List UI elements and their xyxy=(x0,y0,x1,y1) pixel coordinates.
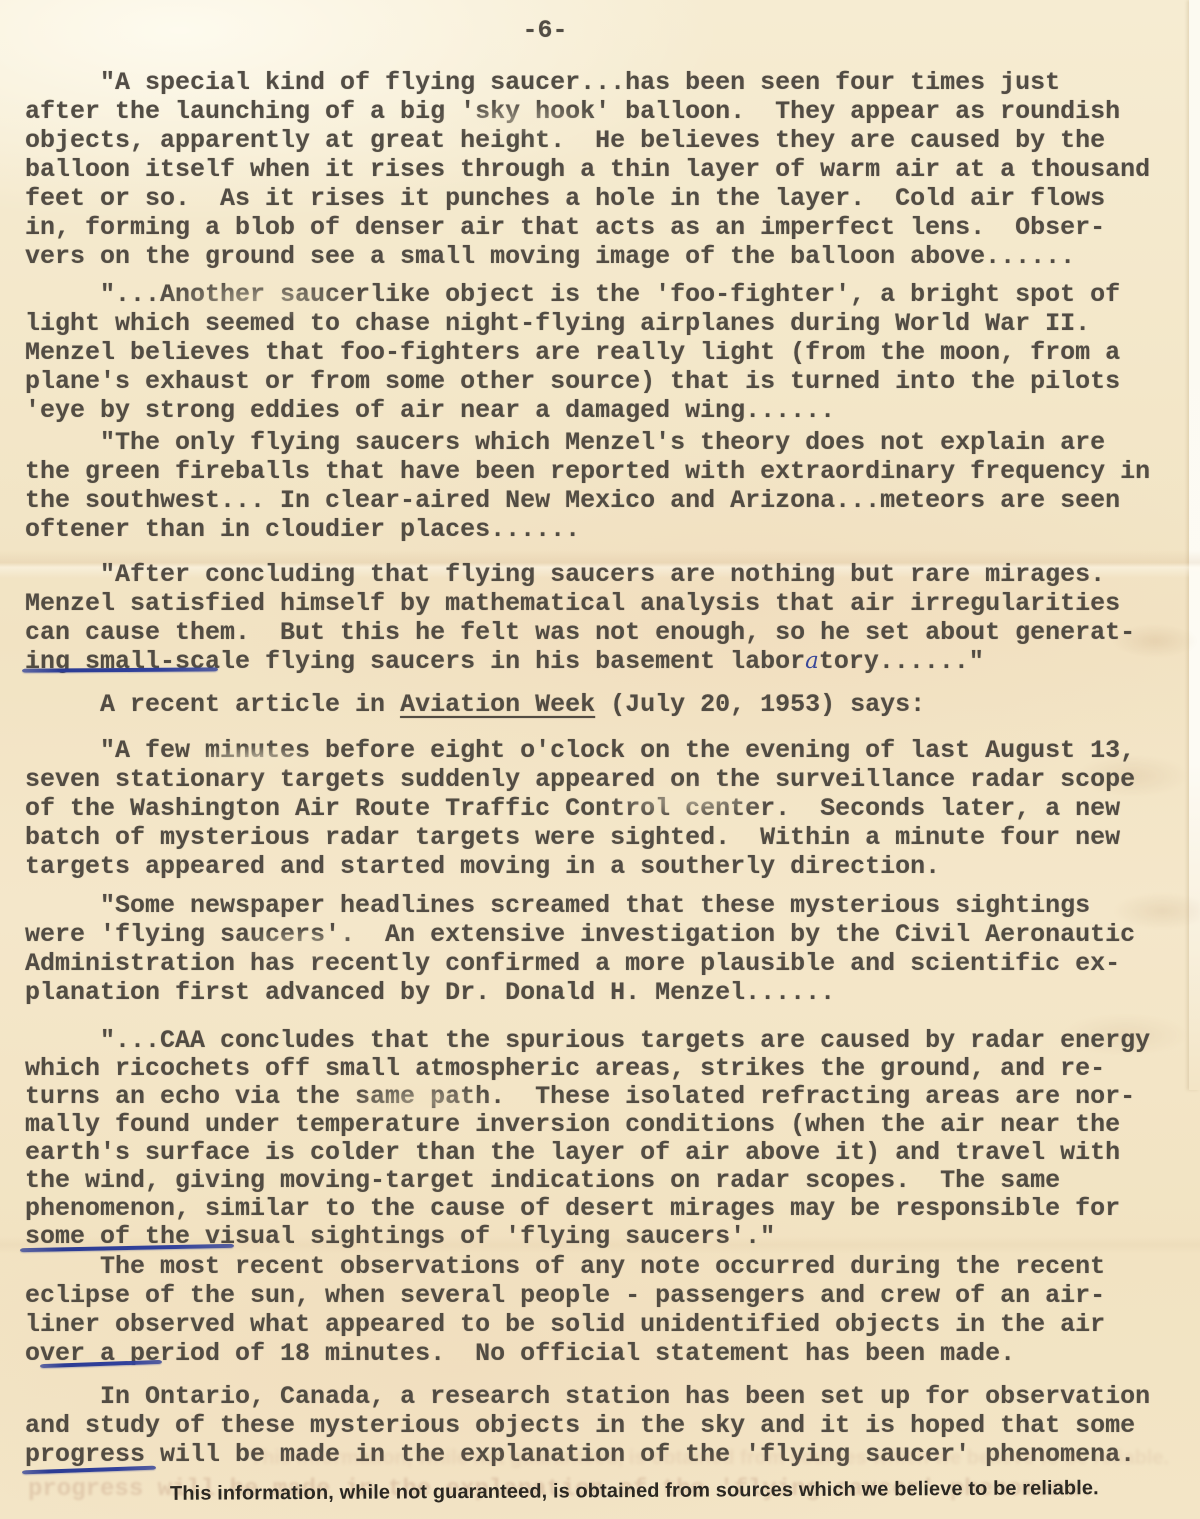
paragraph-mirages-tail-post: tory......" xyxy=(819,647,984,676)
paragraph-green-fireballs: "The only flying saucers which Menzel's … xyxy=(25,428,1180,544)
paragraph-foo-fighter: "...Another saucerlike object is the 'fo… xyxy=(25,280,1180,425)
document-page: -6- "A special kind of flying saucer...h… xyxy=(0,0,1200,1519)
handwritten-a-insertion: a xyxy=(805,648,819,674)
aviation-line-post: (July 20, 1953) says: xyxy=(595,690,925,719)
paragraph-eclipse-observations: The most recent observations of any note… xyxy=(25,1252,1180,1368)
paragraph-radar-targets: "A few minutes before eight o'clock on t… xyxy=(25,736,1180,881)
paragraph-caa-conclusion: "...CAA concludes that the spurious targ… xyxy=(25,1027,1180,1251)
ghost-offset-footer-text: This information, while not guaranteed, … xyxy=(250,1446,1169,1470)
paragraph-mirages-head: "After concluding that flying saucers ar… xyxy=(25,560,1135,647)
paragraph-sky-hook-balloon: "A special kind of flying saucer...has b… xyxy=(25,68,1180,271)
line-aviation-week-reference: A recent article in Aviation Week (July … xyxy=(25,690,1180,719)
page-number: -6- xyxy=(25,16,1065,45)
aviation-week-title: Aviation Week xyxy=(400,690,595,719)
paragraph-mirages-laboratory: "After concluding that flying saucers ar… xyxy=(25,560,1180,676)
aviation-line-pre: A recent article in xyxy=(25,690,400,719)
paragraph-caa-investigation: "Some newspaper headlines screamed that … xyxy=(25,891,1180,1007)
